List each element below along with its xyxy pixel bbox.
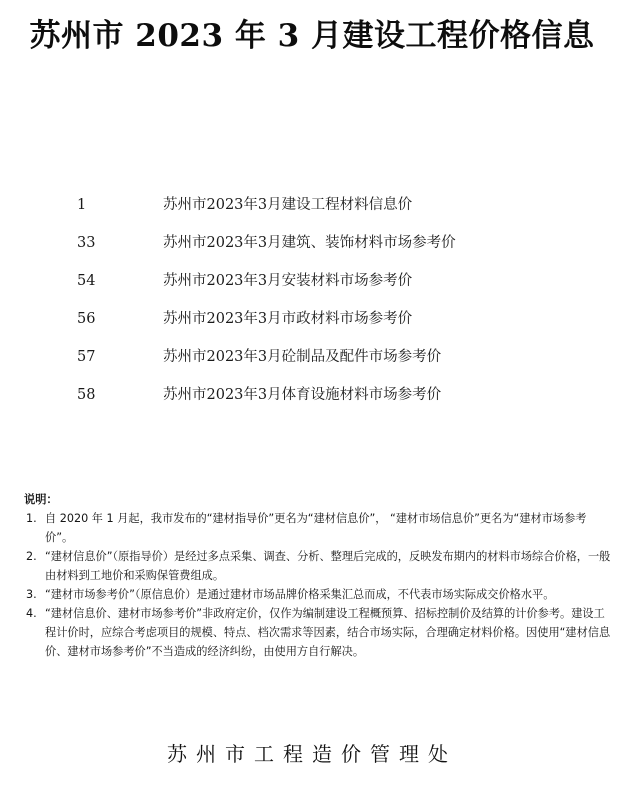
toc-entry-title: 苏州市2023年3月砼制品及配件市场参考价: [163, 338, 441, 376]
note-number: 1.: [26, 509, 37, 528]
toc-page-number: 58: [77, 376, 95, 414]
toc-entry-title: 苏州市2023年3月市政材料市场参考价: [163, 300, 412, 338]
note-text: “建材信息价、建材市场参考价”非政府定价，仅作为编制建设工程概预算、招标控制价及…: [45, 607, 610, 658]
note-item: 3. “建材市场参考价”（原信息价）是通过建材市场品牌价格采集汇总而成，不代表市…: [24, 585, 614, 604]
toc-page-number: 56: [77, 300, 95, 338]
notes-section: 说明： 1. 自 2020 年 1 月起，我市发布的“建材指导价”更名为“建材信…: [24, 490, 614, 661]
toc-page-number: 57: [77, 338, 95, 376]
toc-entry-title: 苏州市2023年3月建设工程材料信息价: [163, 186, 412, 224]
toc-entry-title: 苏州市2023年3月安装材料市场参考价: [163, 262, 412, 300]
note-text: “建材信息价”（原指导价）是经过多点采集、调查、分析、整理后完成的，反映发布期内…: [45, 550, 610, 582]
notes-heading: 说明：: [24, 490, 614, 509]
toc-entry: 57 苏州市2023年3月砼制品及配件市场参考价: [0, 338, 624, 376]
note-text: “建材市场参考价”（原信息价）是通过建材市场品牌价格采集汇总而成，不代表市场实际…: [45, 588, 554, 601]
table-of-contents: 1 苏州市2023年3月建设工程材料信息价 33 苏州市2023年3月建筑、装饰…: [0, 186, 624, 414]
note-item: 4. “建材信息价、建材市场参考价”非政府定价，仅作为编制建设工程概预算、招标控…: [24, 604, 614, 661]
toc-entry: 33 苏州市2023年3月建筑、装饰材料市场参考价: [0, 224, 624, 262]
toc-entry: 54 苏州市2023年3月安装材料市场参考价: [0, 262, 624, 300]
note-item: 2. “建材信息价”（原指导价）是经过多点采集、调查、分析、整理后完成的，反映发…: [24, 547, 614, 585]
toc-page-number: 1: [77, 186, 86, 224]
toc-entry-title: 苏州市2023年3月体育设施材料市场参考价: [163, 376, 441, 414]
toc-entry: 58 苏州市2023年3月体育设施材料市场参考价: [0, 376, 624, 414]
note-number: 2.: [26, 547, 37, 566]
toc-page-number: 54: [77, 262, 95, 300]
toc-page-number: 33: [77, 224, 95, 262]
note-item: 1. 自 2020 年 1 月起，我市发布的“建材指导价”更名为“建材信息价”，…: [24, 509, 614, 547]
note-number: 3.: [26, 585, 37, 604]
toc-entry-title: 苏州市2023年3月建筑、装饰材料市场参考价: [163, 224, 456, 262]
document-title: 苏州市 2023 年 3 月建设工程价格信息: [0, 10, 624, 55]
toc-entry: 1 苏州市2023年3月建设工程材料信息价: [0, 186, 624, 224]
note-text: 自 2020 年 1 月起，我市发布的“建材指导价”更名为“建材信息价”， “建…: [45, 512, 586, 544]
note-number: 4.: [26, 604, 37, 623]
toc-entry: 56 苏州市2023年3月市政材料市场参考价: [0, 300, 624, 338]
issuing-authority: 苏州市工程造价管理处: [0, 738, 624, 767]
